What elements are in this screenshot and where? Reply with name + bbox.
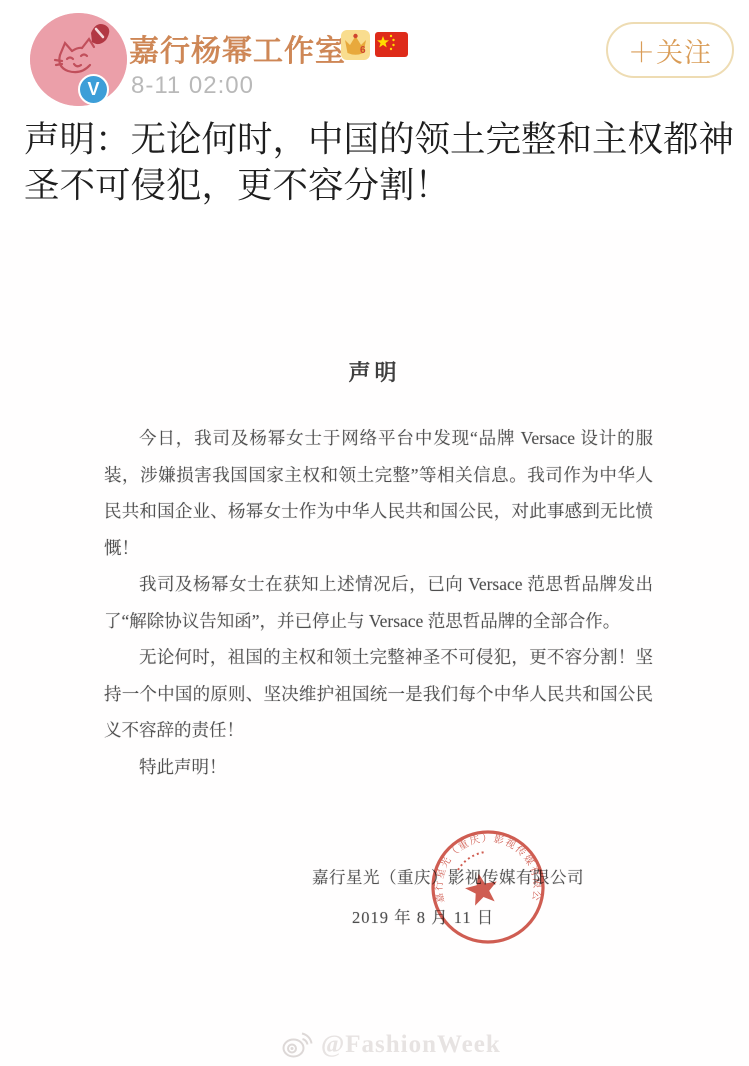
statement-image[interactable]: 声明 今日，我司及杨幂女士于网络平台中发现“品牌 Versace 设计的服装，涉… xyxy=(0,230,749,1066)
verified-badge-icon: V xyxy=(78,74,109,105)
seal-star-icon xyxy=(463,870,501,907)
china-flag-icon xyxy=(375,32,408,57)
statement-paragraph: 无论何时，祖国的主权和领土完整神圣不可侵犯，更不容分割！坚持一个中国的原则、坚决… xyxy=(104,639,653,749)
post-text: 声明：无论何时，中国的领土完整和主权都神圣不可侵犯，更不容分割！ xyxy=(24,116,740,208)
statement-body: 今日，我司及杨幂女士于网络平台中发现“品牌 Versace 设计的服装，涉嫌损害… xyxy=(104,420,653,785)
company-seal-icon: 嘉行星光（重庆）影视传媒有限公司 xyxy=(425,826,551,952)
weibo-logo-icon xyxy=(281,1030,313,1059)
weibo-post: V 嘉行杨幂工作室 6 8-11 02:00 ＋关注 声明：无论何时，中国的领土… xyxy=(0,0,749,1066)
follow-button-label: ＋关注 xyxy=(628,31,712,70)
username[interactable]: 嘉行杨幂工作室 xyxy=(129,26,346,70)
vip-crown-badge-icon: 6 xyxy=(339,27,372,62)
svg-text:6: 6 xyxy=(360,45,366,56)
watermark: @FashionWeek xyxy=(281,1030,501,1059)
follow-button[interactable]: ＋关注 xyxy=(606,22,734,78)
verified-letter: V xyxy=(87,79,99,100)
timestamp: 8-11 02:00 xyxy=(131,72,254,100)
watermark-handle: @FashionWeek xyxy=(321,1031,501,1059)
statement-title: 声明 xyxy=(0,356,749,387)
statement-paragraph: 今日，我司及杨幂女士于网络平台中发现“品牌 Versace 设计的服装，涉嫌损害… xyxy=(104,420,653,566)
statement-paragraph: 我司及杨幂女士在获知上述情况后，已向 Versace 范思哲品牌发出了“解除协议… xyxy=(104,566,653,639)
statement-paragraph: 特此声明！ xyxy=(104,749,653,786)
